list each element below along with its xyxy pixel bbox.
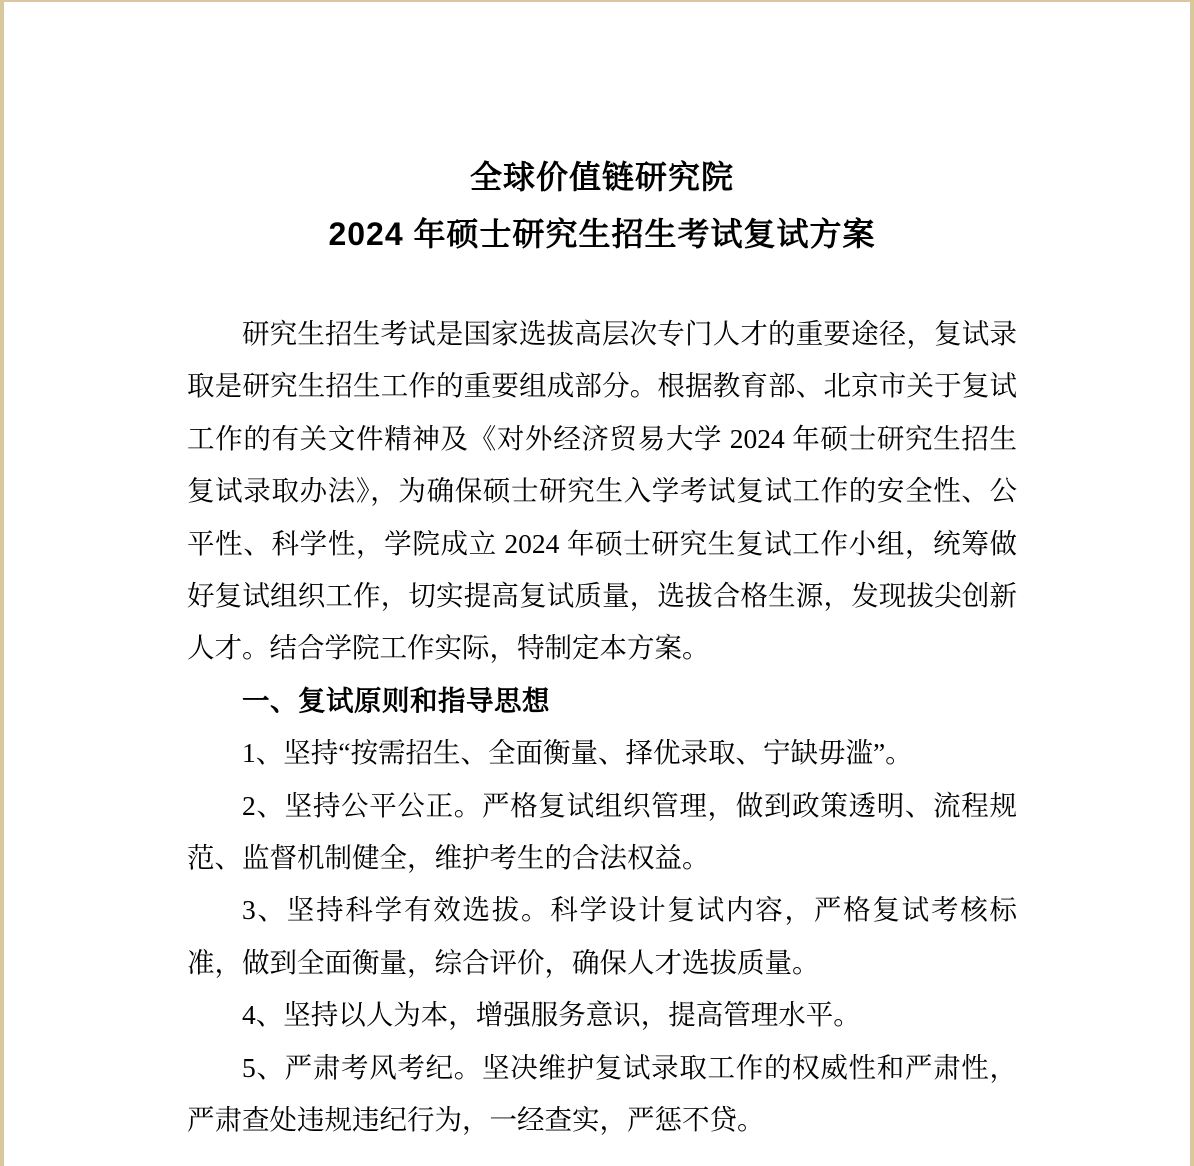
document-content: 全球价值链研究院 2024 年硕士研究生招生考试复试方案 研究生招生考试是国家选… bbox=[187, 149, 1017, 1147]
principle-item-5: 5、严肃考风考纪。坚决维护复试录取工作的权威性和严肃性，严肃查处违规违纪行为，一… bbox=[187, 1042, 1017, 1147]
principle-item-4: 4、坚持以人为本，增强服务意识，提高管理水平。 bbox=[187, 989, 1017, 1041]
section-1-heading: 一、复试原则和指导思想 bbox=[187, 675, 1017, 727]
principle-item-2: 2、坚持公平公正。严格复试组织管理，做到政策透明、流程规范、监督机制健全，维护考… bbox=[187, 780, 1017, 885]
principle-item-1: 1、坚持“按需招生、全面衡量、择优录取、宁缺毋滥”。 bbox=[187, 727, 1017, 779]
document-title: 全球价值链研究院 2024 年硕士研究生招生考试复试方案 bbox=[187, 149, 1017, 263]
document-body: 研究生招生考试是国家选拔高层次专门人才的重要途径，复试录取是研究生招生工作的重要… bbox=[187, 308, 1017, 1147]
principle-item-3: 3、坚持科学有效选拔。科学设计复试内容，严格复试考核标准，做到全面衡量，综合评价… bbox=[187, 884, 1017, 989]
title-line-plan-name: 2024 年硕士研究生招生考试复试方案 bbox=[187, 206, 1017, 263]
document-page: 全球价值链研究院 2024 年硕士研究生招生考试复试方案 研究生招生考试是国家选… bbox=[0, 0, 1194, 1166]
title-line-institute: 全球价值链研究院 bbox=[187, 149, 1017, 206]
intro-paragraph: 研究生招生考试是国家选拔高层次专门人才的重要途径，复试录取是研究生招生工作的重要… bbox=[187, 308, 1017, 675]
